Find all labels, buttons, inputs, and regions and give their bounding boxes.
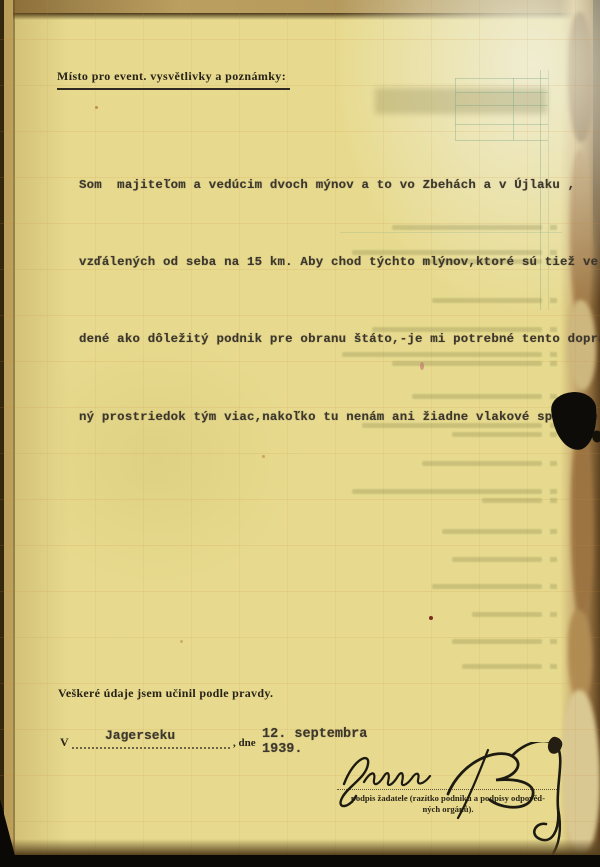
page-top-shadow: [0, 13, 600, 20]
bleed-grid-line: [455, 78, 548, 79]
typewritten-paragraph: Som majiteľom a vedúcim dvoch mýnov a to…: [79, 121, 584, 482]
heading-underline: [57, 88, 290, 90]
signature-caption-line: podpis žadatele (razítko podniku a podpi…: [337, 793, 559, 804]
paragraph-line: ný prostriedok tým viac,nakoľko tu nenám…: [79, 405, 584, 431]
bleed-through-row: [452, 557, 542, 562]
place-value: Jagerseku: [105, 728, 175, 743]
truth-declaration: Veškeré údaje jsem učinil podle pravdy.: [58, 686, 273, 701]
page-bottom-shadow: [0, 839, 600, 855]
signature-caption: podpis žadatele (razítko podniku a podpi…: [337, 793, 559, 814]
bleed-grid-line: [455, 105, 548, 106]
scanned-document-page: Místo pro event. vysvětlivky a poznámky:…: [0, 0, 600, 867]
date-value: 12. septembra 1939.: [262, 727, 390, 757]
paragraph-line: dené ako dôležitý podnik pre obranu štát…: [79, 327, 584, 353]
foxing-speck: [420, 362, 424, 370]
foxing-speck: [262, 455, 265, 458]
foxing-speck: [429, 616, 433, 620]
bleed-through-row: [472, 612, 542, 617]
date-label: , dne: [233, 737, 256, 749]
place-prefix-label: V: [60, 735, 69, 750]
bleed-through-row: [442, 529, 542, 534]
torn-stain: [562, 690, 600, 855]
torn-dark-edge: [593, 0, 600, 250]
scan-bottom-border: [0, 855, 600, 867]
bleed-through-row: [482, 498, 542, 503]
underlying-page-edge: [4, 0, 13, 867]
bleed-through-row: [462, 664, 542, 669]
bleed-grid-line: [455, 92, 548, 93]
paragraph-line: Som majiteľom a vedúcim dvoch mýnov a to…: [79, 173, 584, 199]
place-date-row: V Jagerseku , dne 12. septembra 1939.: [60, 727, 390, 753]
left-crease-line: [13, 0, 15, 867]
smudge-band: [375, 88, 547, 114]
bleed-through-row: [352, 489, 542, 494]
page-top-edge: [0, 0, 600, 13]
signature-caption-line: ných orgánů).: [337, 804, 559, 815]
paragraph-line: vzďálených od seba na 15 km. Aby chod tý…: [79, 250, 584, 276]
foxing-speck: [180, 640, 183, 643]
bleed-through-row: [432, 584, 542, 589]
foxing-speck: [95, 106, 98, 109]
torn-stain: [568, 610, 592, 700]
place-dotted-line: [72, 747, 230, 749]
signature-dotted-line: [337, 789, 557, 790]
form-section-heading: Místo pro event. vysvětlivky a poznámky:: [57, 69, 286, 84]
bleed-through-row: [452, 639, 542, 644]
